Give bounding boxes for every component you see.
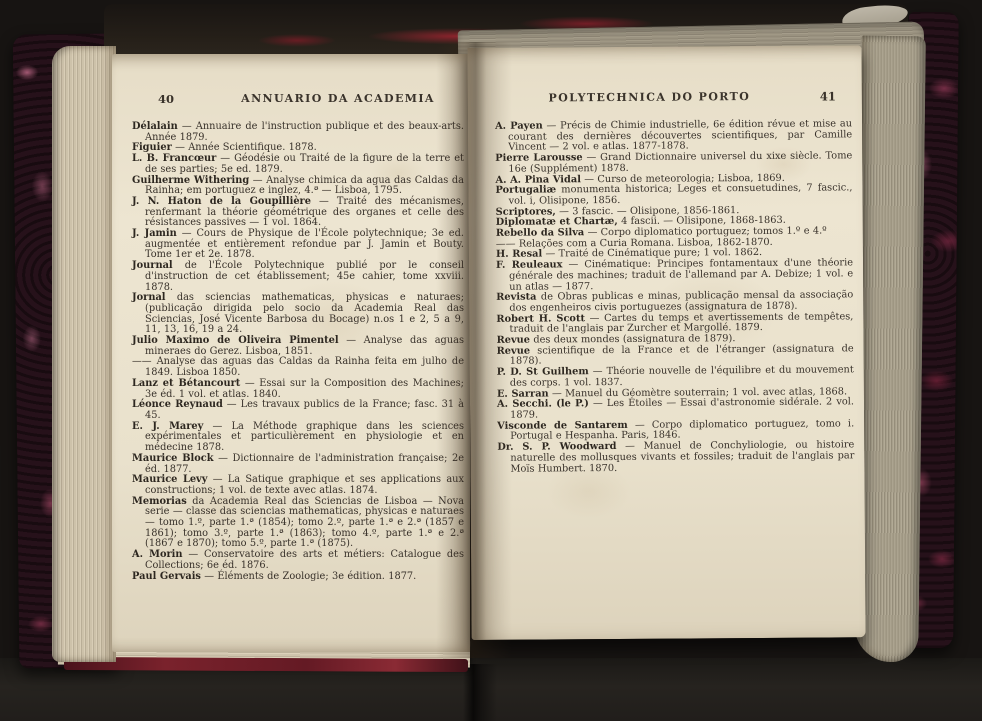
bibliography-entry: Journal de l'École Polytechnique publié … [132,261,464,293]
bibliography-entry: Jornal das sciencias mathematicas, physi… [132,293,464,336]
bibliography-entry: Léonce Reynaud — Les travaux publics de … [132,400,464,421]
entry-author: A. Morin [132,549,183,560]
bibliography-entry: E. J. Marey — La Méthode graphique dans … [132,422,464,454]
entry-text: de Obras publicas e minas, publicação me… [509,290,853,314]
bibliography-entry: Lanz et Bétancourt — Essai sur la Compos… [132,379,464,400]
right-page-header: POLYTECHNICA DO PORTO 41 [495,89,852,106]
left-page-header: 40 ANNUARIO DA ACADEMIA [132,92,464,107]
bibliography-entry: Maurice Block — Dictionnaire de l'admini… [132,454,464,475]
entry-author: Scriptores, [496,206,556,217]
entry-author: A. Secchi. (le P.) [497,398,589,410]
stand-post [463,664,497,721]
entry-author: E. J. Marey [132,421,203,432]
left-page-entries: Délalain — Annuaire de l'instruction pub… [132,122,464,582]
bibliography-entry: Paul Gervais — Éléments de Zoologie; 3e … [132,572,464,583]
entry-author: A. Payen [495,120,543,131]
entry-author: Maurice Levy [132,474,207,485]
entry-text: de l'École Polytechnique publié por le c… [145,260,464,292]
entry-author: Figuier [132,142,172,153]
bibliography-entry: Guilherme Withering — Analyse chimica da… [132,176,464,197]
bibliography-entry: Délalain — Annuaire de l'instruction pub… [132,122,464,143]
bibliography-entry: Dr. S. P. Woodward — Manuel de Conchylio… [497,440,854,475]
entry-text: das sciencias mathematicas, physicas e n… [145,292,464,335]
entry-text: da Academia Real das Sciencias de Lisboa… [145,496,464,550]
bibliography-entry: F. Reuleaux — Cinématique: Principes fon… [496,258,853,293]
running-title-left: ANNUARIO DA ACADEMIA [172,92,504,105]
entry-text: — Cours de Physique de l'École polytechn… [145,228,464,260]
book-photograph: 40 ANNUARIO DA ACADEMIA Délalain — Annua… [0,0,982,721]
entry-text: monumenta historica; Leges et consuetudi… [509,183,853,207]
bibliography-entry: J. N. Haton de la Goupillière — Traité d… [132,197,464,229]
bibliography-entry: A. Morin — Conservatoire des arts et mét… [132,550,464,571]
page-number-right: 41 [820,89,836,103]
left-page: 40 ANNUARIO DA ACADEMIA Délalain — Annua… [112,54,470,652]
entry-author: Memorias [132,496,187,507]
entry-author: Léonce Reynaud [132,399,223,410]
right-page: POLYTECHNICA DO PORTO 41 A. Payen — Préc… [468,45,866,640]
bibliography-entry: Robert H. Scott — Cartes du temps et ave… [496,312,853,336]
entry-author: Revue [497,345,531,356]
bibliography-entry: Memorias da Academia Real das Sciencias … [132,497,464,551]
right-page-entries: A. Payen — Précis de Chimie industrielle… [495,119,854,475]
entry-author: Délalain [132,121,178,132]
bibliography-entry: J. Jamin — Cours de Physique de l'École … [132,229,464,261]
entry-author: Paul Gervais [132,571,201,582]
entry-text: — Année Scientifique. 1878. [172,142,317,153]
bibliography-entry: Maurice Levy — La Satique graphique et s… [132,475,464,496]
entry-text: — Conservatoire des arts et métiers: Cat… [145,549,464,571]
entry-author: Revue [497,335,531,346]
bibliography-entry: Pierre Larousse — Grand Dictionnaire uni… [495,151,852,175]
entry-author: Journal [132,260,173,271]
entry-author: J. Jamin [132,228,177,239]
entry-author: Guilherme Withering [132,175,249,186]
entry-text: — Annuaire de l'instruction publique et … [145,121,464,143]
bibliography-entry: Portugaliæ monumenta historica; Leges et… [495,184,852,208]
entry-author: Maurice Block [132,453,214,464]
entry-author: H. Resal [496,249,542,260]
entry-author: Jornal [132,292,166,303]
entry-text: — Précis de Chimie industrielle, 6e édit… [508,118,852,153]
bibliography-entry: A. Payen — Précis de Chimie industrielle… [495,119,852,154]
entry-text: scientifique de la France et de l'étrang… [510,343,854,367]
bibliography-entry: —— Analyse das aguas das Caldas da Rainh… [132,357,464,378]
entry-author: Revista [496,292,536,303]
entry-text: — Éléments de Zoologie; 3e édition. 1877… [201,571,416,582]
entry-author: J. N. Haton de la Goupillière [132,196,311,207]
bibliography-entry: Julio Maximo de Oliveira Pimentel — Anal… [132,336,464,357]
running-title-right: POLYTECHNICA DO PORTO [471,89,828,104]
entry-text: —— Analyse das aguas das Caldas da Rainh… [132,356,464,378]
left-fore-edge [52,46,116,662]
entry-author: L. B. Francœur [132,153,216,164]
entry-author: Portugaliæ [495,185,556,196]
entry-author: F. Reuleaux [496,259,563,270]
entry-author: Julio Maximo de Oliveira Pimentel [132,335,339,346]
bibliography-entry: L. B. Francœur — Géodésie ou Traité de l… [132,154,464,175]
entry-author: Lanz et Bétancourt [132,378,240,389]
red-spine-bottom [64,657,468,672]
